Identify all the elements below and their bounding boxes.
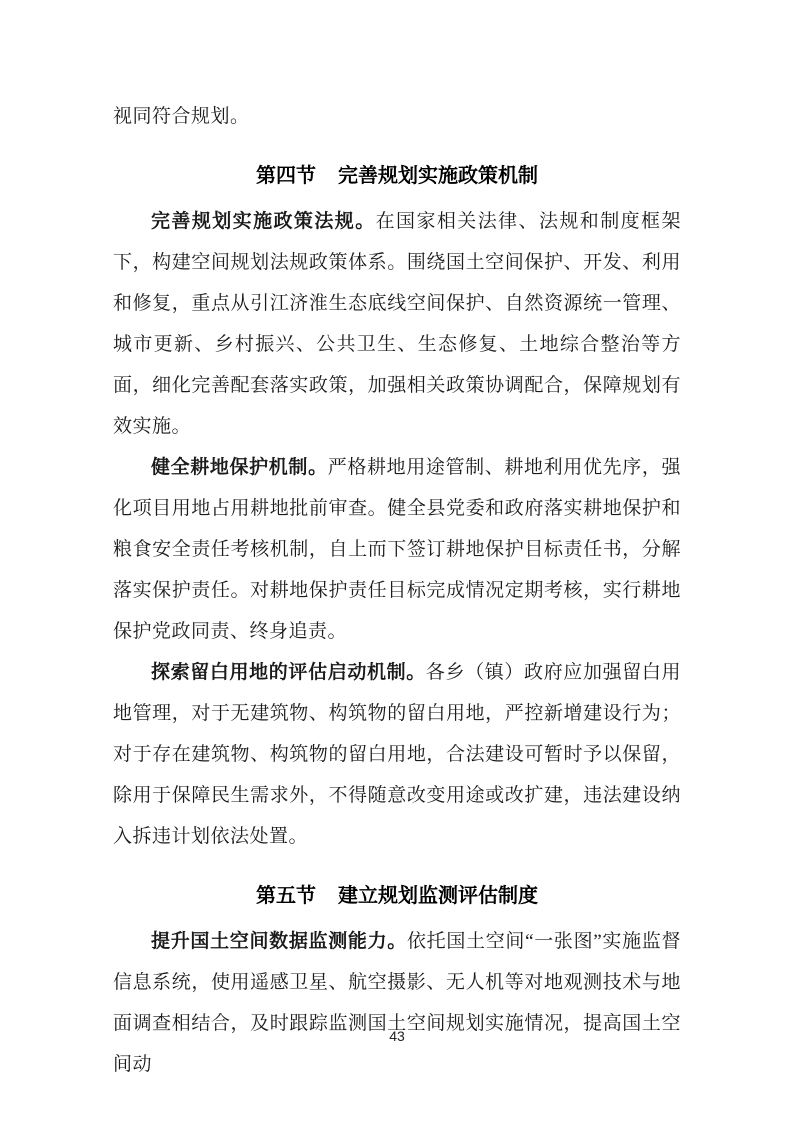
paragraph-body: 严格耕地用途管制、耕地利用优先序，强化项目用地占用耕地批前审查。健全县党委和政府… [113,457,681,642]
paragraph-lead: 健全耕地保护机制。 [151,457,328,478]
paragraph-body: 各乡（镇）政府应加强留白用地管理，对于无建筑物、构筑物的留白用地，严控新增建设行… [113,662,681,847]
paragraph-policy-regulations: 完善规划实施政策法规。在国家相关法律、法规和制度框架下，构建空间规划法规政策体系… [113,201,681,447]
section-4-title: 完善规划实施政策机制 [338,165,538,187]
document-page: 视同符合规划。 第四节完善规划实施政策机制 完善规划实施政策法规。在国家相关法律… [0,0,794,1122]
paragraph-body: 依托国土空间“一张图”实施监督信息系统，使用遥感卫星、航空摄影、无人机等对地观测… [113,931,681,1075]
paragraph-lead: 完善规划实施政策法规。 [151,211,376,232]
page-number: 43 [0,1028,794,1044]
paragraph-monitoring-capability: 提升国土空间数据监测能力。依托国土空间“一张图”实施监督信息系统，使用遥感卫星、… [113,921,681,1085]
section-5-number: 第五节 [256,885,316,907]
page-content: 视同符合规划。 第四节完善规划实施政策机制 完善规划实施政策法规。在国家相关法律… [113,96,681,1085]
section-5-title: 建立规划监测评估制度 [338,885,538,907]
paragraph-reserved-land: 探索留白用地的评估启动机制。各乡（镇）政府应加强留白用地管理，对于无建筑物、构筑… [113,652,681,857]
section-4-heading: 第四节完善规划实施政策机制 [113,161,681,191]
section-4-number: 第四节 [256,165,316,187]
paragraph-body: 在国家相关法律、法规和制度框架下，构建空间规划法规政策体系。围绕国土空间保护、开… [113,211,681,437]
paragraph-lead: 提升国土空间数据监测能力。 [151,931,407,952]
paragraph-lead: 探索留白用地的评估启动机制。 [151,662,426,683]
paragraph-farmland-protection: 健全耕地保护机制。严格耕地用途管制、耕地利用优先序，强化项目用地占用耕地批前审查… [113,447,681,652]
section-5-heading: 第五节建立规划监测评估制度 [113,881,681,911]
continuation-paragraph: 视同符合规划。 [113,96,681,137]
